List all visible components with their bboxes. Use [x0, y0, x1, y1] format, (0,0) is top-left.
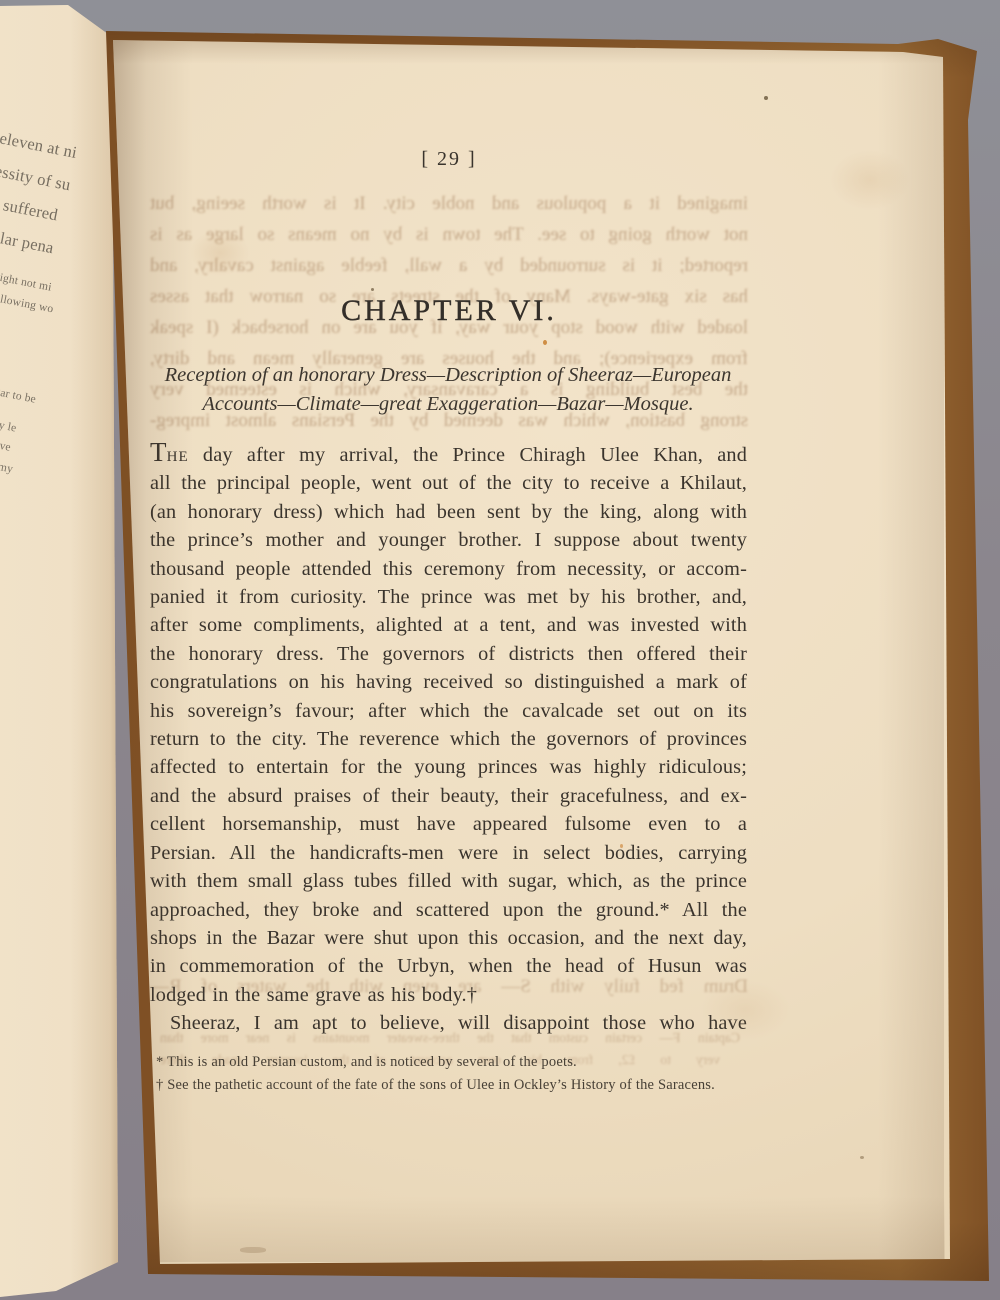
body-line-text: day after my arrival, the Prince Chiragh…	[189, 444, 747, 466]
foxing-stain	[830, 150, 910, 210]
page-edge-shadow-bottom	[113, 1196, 945, 1262]
foxing-stain	[190, 230, 250, 276]
paper-speck	[371, 288, 374, 291]
chapter-heading: CHAPTER VI.	[150, 294, 748, 328]
body-line: shops in the Bazar were shut upon this o…	[150, 924, 747, 952]
page-edge-shadow-right	[878, 50, 944, 1262]
page-number: [ 29 ]	[150, 148, 748, 171]
body-line: the prince’s mother and younger brother.…	[150, 526, 747, 554]
paper-smudge	[240, 1247, 266, 1253]
body-line: and the absurd praises of their beauty, …	[150, 782, 747, 810]
body-line: Sheeraz, I am apt to believe, will disap…	[150, 1009, 747, 1037]
paper-speck	[620, 844, 623, 848]
foxing-stain	[700, 980, 790, 1040]
body-line: (an honorary dress) which had been sent …	[150, 498, 747, 526]
photo-backdrop: ained till eleven at ni er the necessity…	[0, 0, 1000, 1300]
footnote: † See the pathetic account of the fate o…	[156, 1074, 756, 1097]
body-line: panied it from curiosity. The prince was…	[150, 583, 747, 611]
body-line: affected to entertain for the young prin…	[150, 753, 747, 781]
body-line: return to the city. The reverence which …	[150, 725, 747, 753]
body-line: lodged in the same grave as his body.†	[150, 981, 747, 1009]
body-line: THE day after my arrival, the Prince Chi…	[150, 441, 747, 469]
paper-speck	[860, 1156, 864, 1159]
lead-smallcaps: HE	[167, 449, 189, 465]
body-line: after some compliments, alighted at a te…	[150, 611, 747, 639]
chapter-subtitle: Reception of an honorary Dress—Descripti…	[146, 361, 750, 419]
body-line: in commemoration of the Urbyn, when the …	[150, 952, 747, 980]
body-line: approached, they broke and scattered upo…	[150, 896, 747, 924]
bleedthrough-line: imagined it a populous and noble city. I…	[150, 188, 748, 219]
body-line: his sovereign’s favour; after which the …	[150, 697, 747, 725]
body-line: Persian. All the handicrafts-men were in…	[150, 839, 747, 867]
body-line: cellent horsemanship, must have appeared…	[150, 810, 747, 838]
paper-speck	[543, 340, 547, 345]
chapter-subtitle-line: Reception of an honorary Dress—Descripti…	[146, 361, 750, 390]
footnotes: * This is an old Persian custom, and is …	[156, 1051, 756, 1096]
body-line: the honorary dress. The governors of dis…	[150, 640, 747, 668]
body-text: THE day after my arrival, the Prince Chi…	[150, 441, 747, 1038]
body-line: congratulations on his having received s…	[150, 668, 747, 696]
body-line: thousand people attended this ceremony f…	[150, 555, 747, 583]
chapter-subtitle-line: Accounts—Climate—great Exaggeration—Baza…	[146, 390, 750, 419]
lead-capital: T	[150, 437, 167, 467]
body-line: all the principal people, went out of th…	[150, 469, 747, 497]
footnote: * This is an old Persian custom, and is …	[156, 1051, 756, 1074]
body-line: with them small glass tubes filled with …	[150, 867, 747, 895]
paper-speck	[764, 96, 768, 100]
